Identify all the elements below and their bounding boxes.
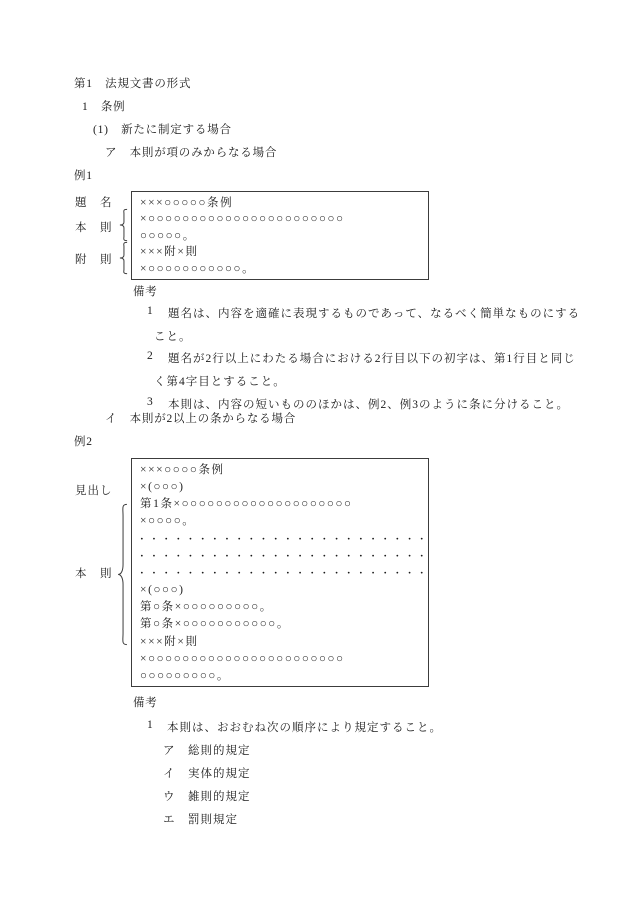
example1-label: 例1: [74, 170, 93, 183]
box-line: ×××附×則: [140, 244, 428, 260]
box-line: 第1条×○○○○○○○○○○○○○○○○○○○○: [140, 496, 428, 513]
box-line-dots: ························: [140, 531, 428, 548]
note-number: 2: [147, 350, 153, 362]
note-subitem-e: エ 罰則規定: [163, 811, 238, 827]
brace-main-rules: [119, 209, 128, 241]
note-subitem-a: ア 総則的規定: [163, 742, 251, 758]
notes-title: 備考: [133, 697, 158, 710]
side-label-main: 本 則: [75, 219, 113, 235]
example1-box: ×××○○○○○条例 ×○○○○○○○○○○○○○○○○○○○○○○○ ○○○○…: [131, 191, 429, 280]
box-line: ×××○○○○○条例: [140, 195, 428, 211]
box-line: ○○○○○○○○○。: [140, 668, 428, 685]
side-label-appendix: 附 則: [75, 251, 113, 267]
note-text: 本則は、内容の短いもののほかは、例2、例3のように条に分けること。: [168, 396, 569, 412]
box-line: ×○○○○○○○○○○○○○○○○○○○○○○○: [140, 651, 428, 668]
heading-level1: 第1 法規文書の形式: [74, 78, 191, 91]
heading-section-i: イ 本則が2以上の条からなる場合: [105, 413, 296, 426]
box-line: ×××○○○○条例: [140, 462, 428, 479]
box-line: ×○○○○。: [140, 513, 428, 530]
note-number: 1: [147, 719, 153, 731]
note-subitem-u: ウ 雑則的規定: [163, 788, 251, 804]
box-line: 第○条×○○○○○○○○○○○。: [140, 616, 428, 633]
box-line: ×○○○○○○○○○○○。: [140, 261, 428, 277]
example2-box: ×××○○○○条例 ×(○○○) 第1条×○○○○○○○○○○○○○○○○○○○…: [131, 458, 429, 687]
box-line-dots: ························: [140, 565, 428, 582]
notes-title: 備考: [133, 286, 158, 299]
heading-level2: 1 条例: [82, 101, 125, 114]
note-number: 1: [147, 305, 153, 317]
side-label-caption: 見出し: [75, 482, 113, 498]
box-line: ○○○○○。: [140, 228, 428, 244]
box-line-dots: ························: [140, 548, 428, 565]
note-subitem-i: イ 実体的規定: [163, 765, 251, 781]
box-line: ×××附×則: [140, 634, 428, 651]
brace-main-rules-large: [117, 503, 128, 646]
document-page: 第1 法規文書の形式 1 条例 (1) 新たに制定する場合 ア 本則が項のみから…: [0, 0, 630, 903]
brace-appendix-rules: [119, 242, 128, 274]
box-line: ×○○○○○○○○○○○○○○○○○○○○○○○: [140, 211, 428, 227]
heading-level3: (1) 新たに制定する場合: [93, 124, 232, 137]
heading-level4: ア 本則が項のみからなる場合: [105, 147, 277, 160]
note-text: く第4字目とすること。: [154, 373, 286, 389]
note-text: 題名が2行以上にわたる場合における2行目以下の初字は、第1行目と同じ: [168, 350, 576, 366]
box-line: 第○条×○○○○○○○○○。: [140, 599, 428, 616]
side-label-title: 題 名: [75, 194, 113, 210]
box-line: ×(○○○): [140, 479, 428, 496]
note-text: こと。: [154, 328, 192, 344]
box-line: ×(○○○): [140, 582, 428, 599]
note-number: 3: [147, 396, 153, 408]
note-text: 本則は、おおむね次の順序により規定すること。: [167, 719, 442, 735]
side-label-main: 本 則: [75, 565, 113, 581]
example2-label: 例2: [74, 436, 93, 449]
note-text: 題名は、内容を適確に表現するものであって、なるべく簡単なものにする: [168, 305, 580, 321]
